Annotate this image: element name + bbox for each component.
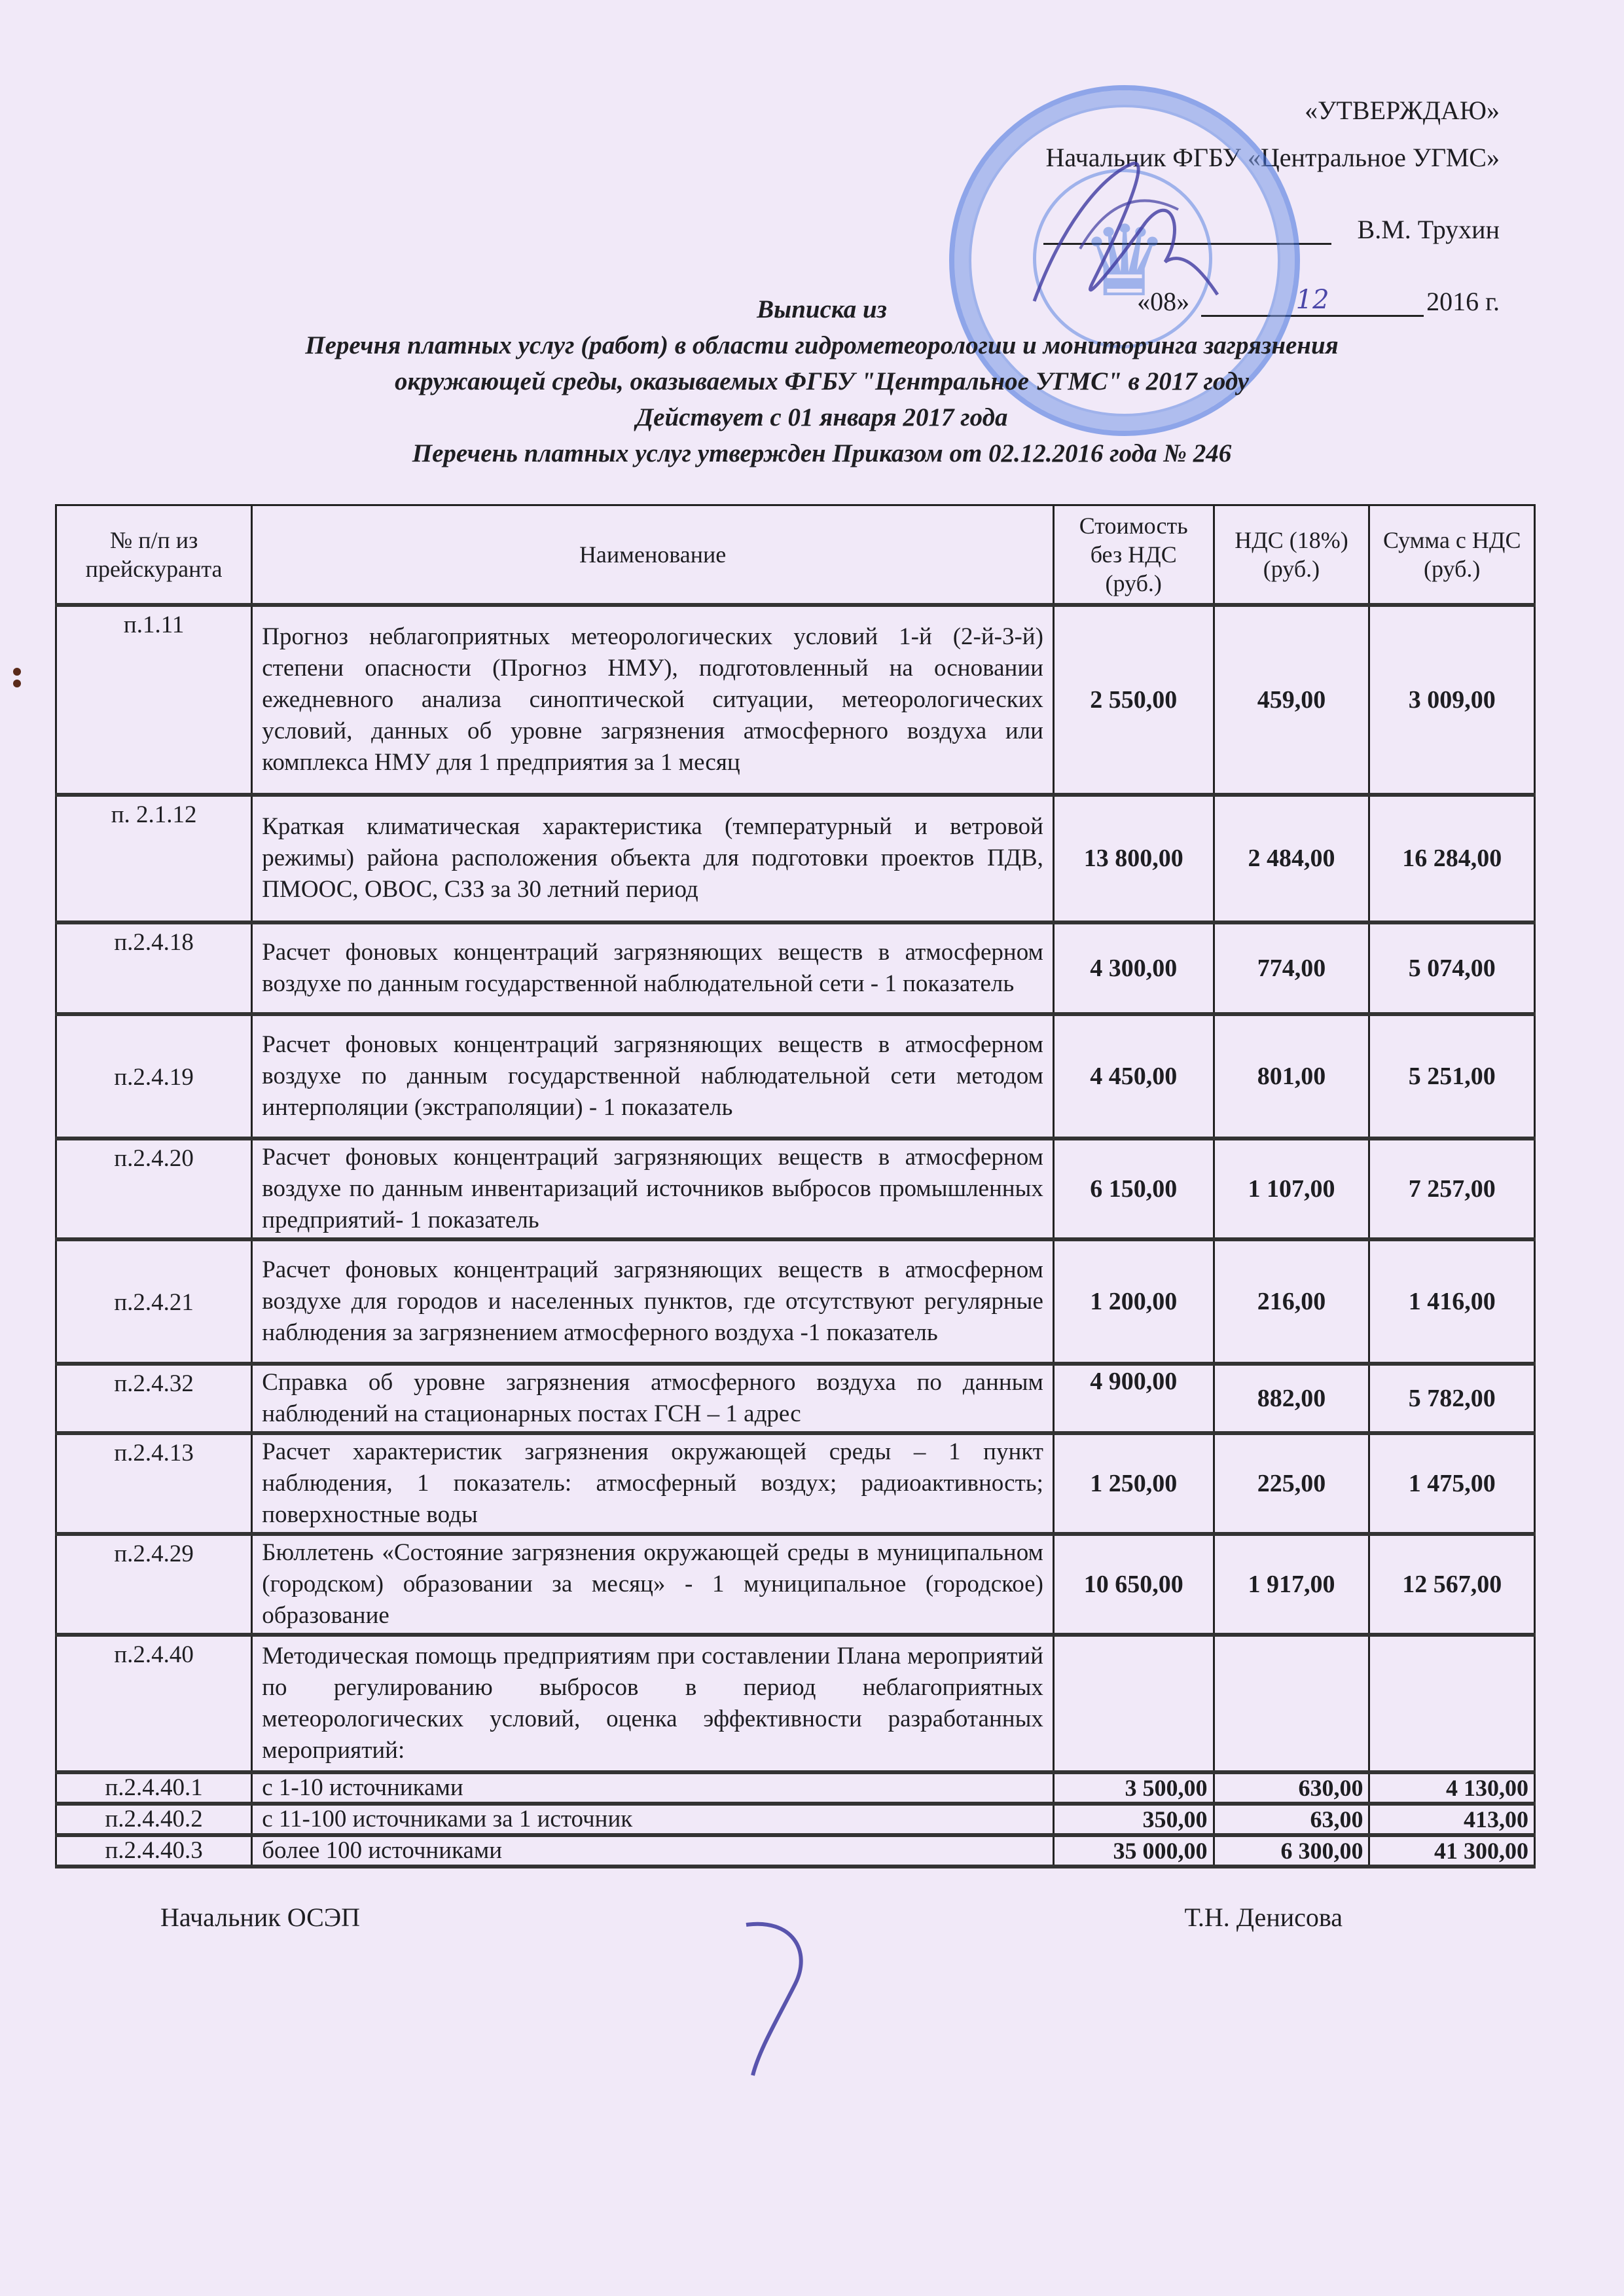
row-cost: 2 550,00 (1053, 605, 1214, 795)
row-name: более 100 источниками (252, 1835, 1054, 1867)
row-total: 1 475,00 (1369, 1433, 1535, 1534)
row-vat (1214, 1635, 1369, 1772)
row-vat: 774,00 (1214, 922, 1369, 1014)
row-name: с 11-100 источниками за 1 источник (252, 1804, 1054, 1835)
header-name: Наименование (252, 505, 1054, 605)
row-cost: 4 900,00 (1053, 1364, 1214, 1433)
row-cost: 13 800,00 (1053, 795, 1214, 922)
row-cost: 4 300,00 (1053, 922, 1214, 1014)
table-row: п.2.4.20Расчет фоновых концентраций загр… (56, 1139, 1535, 1239)
table-row: п.2.4.32Справка об уровне загрязнения ат… (56, 1364, 1535, 1433)
row-total (1369, 1635, 1535, 1772)
row-cost: 6 150,00 (1053, 1139, 1214, 1239)
row-cost: 4 450,00 (1053, 1014, 1214, 1139)
footer-signer: Т.Н. Денисова (1184, 1902, 1343, 1933)
table-row: п.2.4.13Расчет характеристик загрязнения… (56, 1433, 1535, 1534)
row-code: п.2.4.40.3 (56, 1835, 252, 1867)
row-total: 4 130,00 (1369, 1772, 1535, 1804)
row-vat: 225,00 (1214, 1433, 1369, 1534)
title-line-1: Выписка из (0, 291, 1624, 327)
table-row: п.2.4.21Расчет фоновых концентраций загр… (56, 1239, 1535, 1364)
header-total: Сумма с НДС (руб.) (1369, 505, 1535, 605)
approval-block: «УТВЕРЖДАЮ» Начальник ФГБУ «Центральное … (911, 79, 1500, 317)
price-table: № п/п из прейскуранта Наименование Стоим… (55, 504, 1536, 1868)
row-total: 5 074,00 (1369, 922, 1535, 1014)
document-title: Выписка из Перечня платных услуг (работ)… (0, 291, 1624, 471)
row-total: 12 567,00 (1369, 1534, 1535, 1635)
signature-line (1043, 243, 1331, 245)
ink-spots (13, 668, 26, 694)
footer-position: Начальник ОСЭП (160, 1902, 360, 1933)
row-code: п.2.4.40.1 (56, 1772, 252, 1804)
row-cost (1053, 1635, 1214, 1772)
table-row: п.1.11Прогноз неблагоприятных метеоролог… (56, 605, 1535, 795)
row-code: п.2.4.20 (56, 1139, 252, 1239)
row-total: 5 251,00 (1369, 1014, 1535, 1139)
row-cost: 3 500,00 (1053, 1772, 1214, 1804)
row-vat: 882,00 (1214, 1364, 1369, 1433)
row-code: п.2.4.32 (56, 1364, 252, 1433)
row-total: 7 257,00 (1369, 1139, 1535, 1239)
table-row: п.2.4.19Расчет фоновых концентраций загр… (56, 1014, 1535, 1139)
row-code: п.2.4.40 (56, 1635, 252, 1772)
row-code: п.2.4.29 (56, 1534, 252, 1635)
row-name: Прогноз неблагоприятных метеорологически… (252, 605, 1054, 795)
row-code: п.2.4.40.2 (56, 1804, 252, 1835)
footer-signature-block: Начальник ОСЭП Т.Н. Денисова (160, 1902, 1343, 1933)
row-vat: 2 484,00 (1214, 795, 1369, 922)
row-name: Справка об уровне загрязнения атмосферно… (252, 1364, 1054, 1433)
title-line-5: Перечень платных услуг утвержден Приказо… (0, 435, 1624, 471)
row-name: Бюллетень «Состояние загрязнения окружаю… (252, 1534, 1054, 1635)
row-total: 3 009,00 (1369, 605, 1535, 795)
table-row: п. 2.1.12Краткая климатическая характери… (56, 795, 1535, 922)
table-row: п.2.4.29Бюллетень «Состояние загрязнения… (56, 1534, 1535, 1635)
title-line-2: Перечня платных услуг (работ) в области … (0, 327, 1624, 363)
row-cost: 35 000,00 (1053, 1835, 1214, 1867)
row-vat: 801,00 (1214, 1014, 1369, 1139)
row-cost: 350,00 (1053, 1804, 1214, 1835)
row-name: с 1-10 источниками (252, 1772, 1054, 1804)
row-vat: 630,00 (1214, 1772, 1369, 1804)
row-total: 41 300,00 (1369, 1835, 1535, 1867)
row-name: Расчет фоновых концентраций загрязняющих… (252, 1014, 1054, 1139)
row-cost: 1 250,00 (1053, 1433, 1214, 1534)
row-name: Расчет фоновых концентраций загрязняющих… (252, 1139, 1054, 1239)
table-row: п.2.4.40Методическая помощь предприятиям… (56, 1635, 1535, 1772)
table-row: п.2.4.18Расчет фоновых концентраций загр… (56, 922, 1535, 1014)
row-code: п. 2.1.12 (56, 795, 252, 922)
handwritten-signature-footer (733, 1912, 864, 2082)
row-total: 5 782,00 (1369, 1364, 1535, 1433)
row-cost: 1 200,00 (1053, 1239, 1214, 1364)
row-name: Методическая помощь предприятиям при сос… (252, 1635, 1054, 1772)
header-vat: НДС (18%) (руб.) (1214, 505, 1369, 605)
row-cost: 10 650,00 (1053, 1534, 1214, 1635)
row-vat: 63,00 (1214, 1804, 1369, 1835)
row-code: п.2.4.18 (56, 922, 252, 1014)
approval-signer: В.М. Трухин (1358, 215, 1500, 245)
table-row: п.2.4.40.2с 11-100 источниками за 1 исто… (56, 1804, 1535, 1835)
row-name: Расчет характеристик загрязнения окружаю… (252, 1433, 1054, 1534)
row-name: Краткая климатическая характеристика (те… (252, 795, 1054, 922)
row-name: Расчет фоновых концентраций загрязняющих… (252, 1239, 1054, 1364)
approval-heading: «УТВЕРЖДАЮ» (1305, 96, 1500, 126)
row-code: п.2.4.13 (56, 1433, 252, 1534)
row-vat: 216,00 (1214, 1239, 1369, 1364)
title-line-3: окружающей среды, оказываемых ФГБУ "Цент… (0, 363, 1624, 399)
row-vat: 1 917,00 (1214, 1534, 1369, 1635)
header-cost: Стоимость без НДС (руб.) (1053, 505, 1214, 605)
title-line-4: Действует с 01 января 2017 года (0, 399, 1624, 435)
approval-position: Начальник ФГБУ «Центральное УГМС» (1046, 143, 1500, 173)
header-code: № п/п из прейскуранта (56, 505, 252, 605)
row-total: 1 416,00 (1369, 1239, 1535, 1364)
table-header-row: № п/п из прейскуранта Наименование Стоим… (56, 505, 1535, 605)
table-row: п.2.4.40.1с 1-10 источниками3 500,00630,… (56, 1772, 1535, 1804)
row-vat: 1 107,00 (1214, 1139, 1369, 1239)
row-code: п.1.11 (56, 605, 252, 795)
row-total: 413,00 (1369, 1804, 1535, 1835)
row-code: п.2.4.21 (56, 1239, 252, 1364)
row-vat: 6 300,00 (1214, 1835, 1369, 1867)
table-row: п.2.4.40.3более 100 источниками35 000,00… (56, 1835, 1535, 1867)
row-total: 16 284,00 (1369, 795, 1535, 922)
row-code: п.2.4.19 (56, 1014, 252, 1139)
row-name: Расчет фоновых концентраций загрязняющих… (252, 922, 1054, 1014)
row-vat: 459,00 (1214, 605, 1369, 795)
